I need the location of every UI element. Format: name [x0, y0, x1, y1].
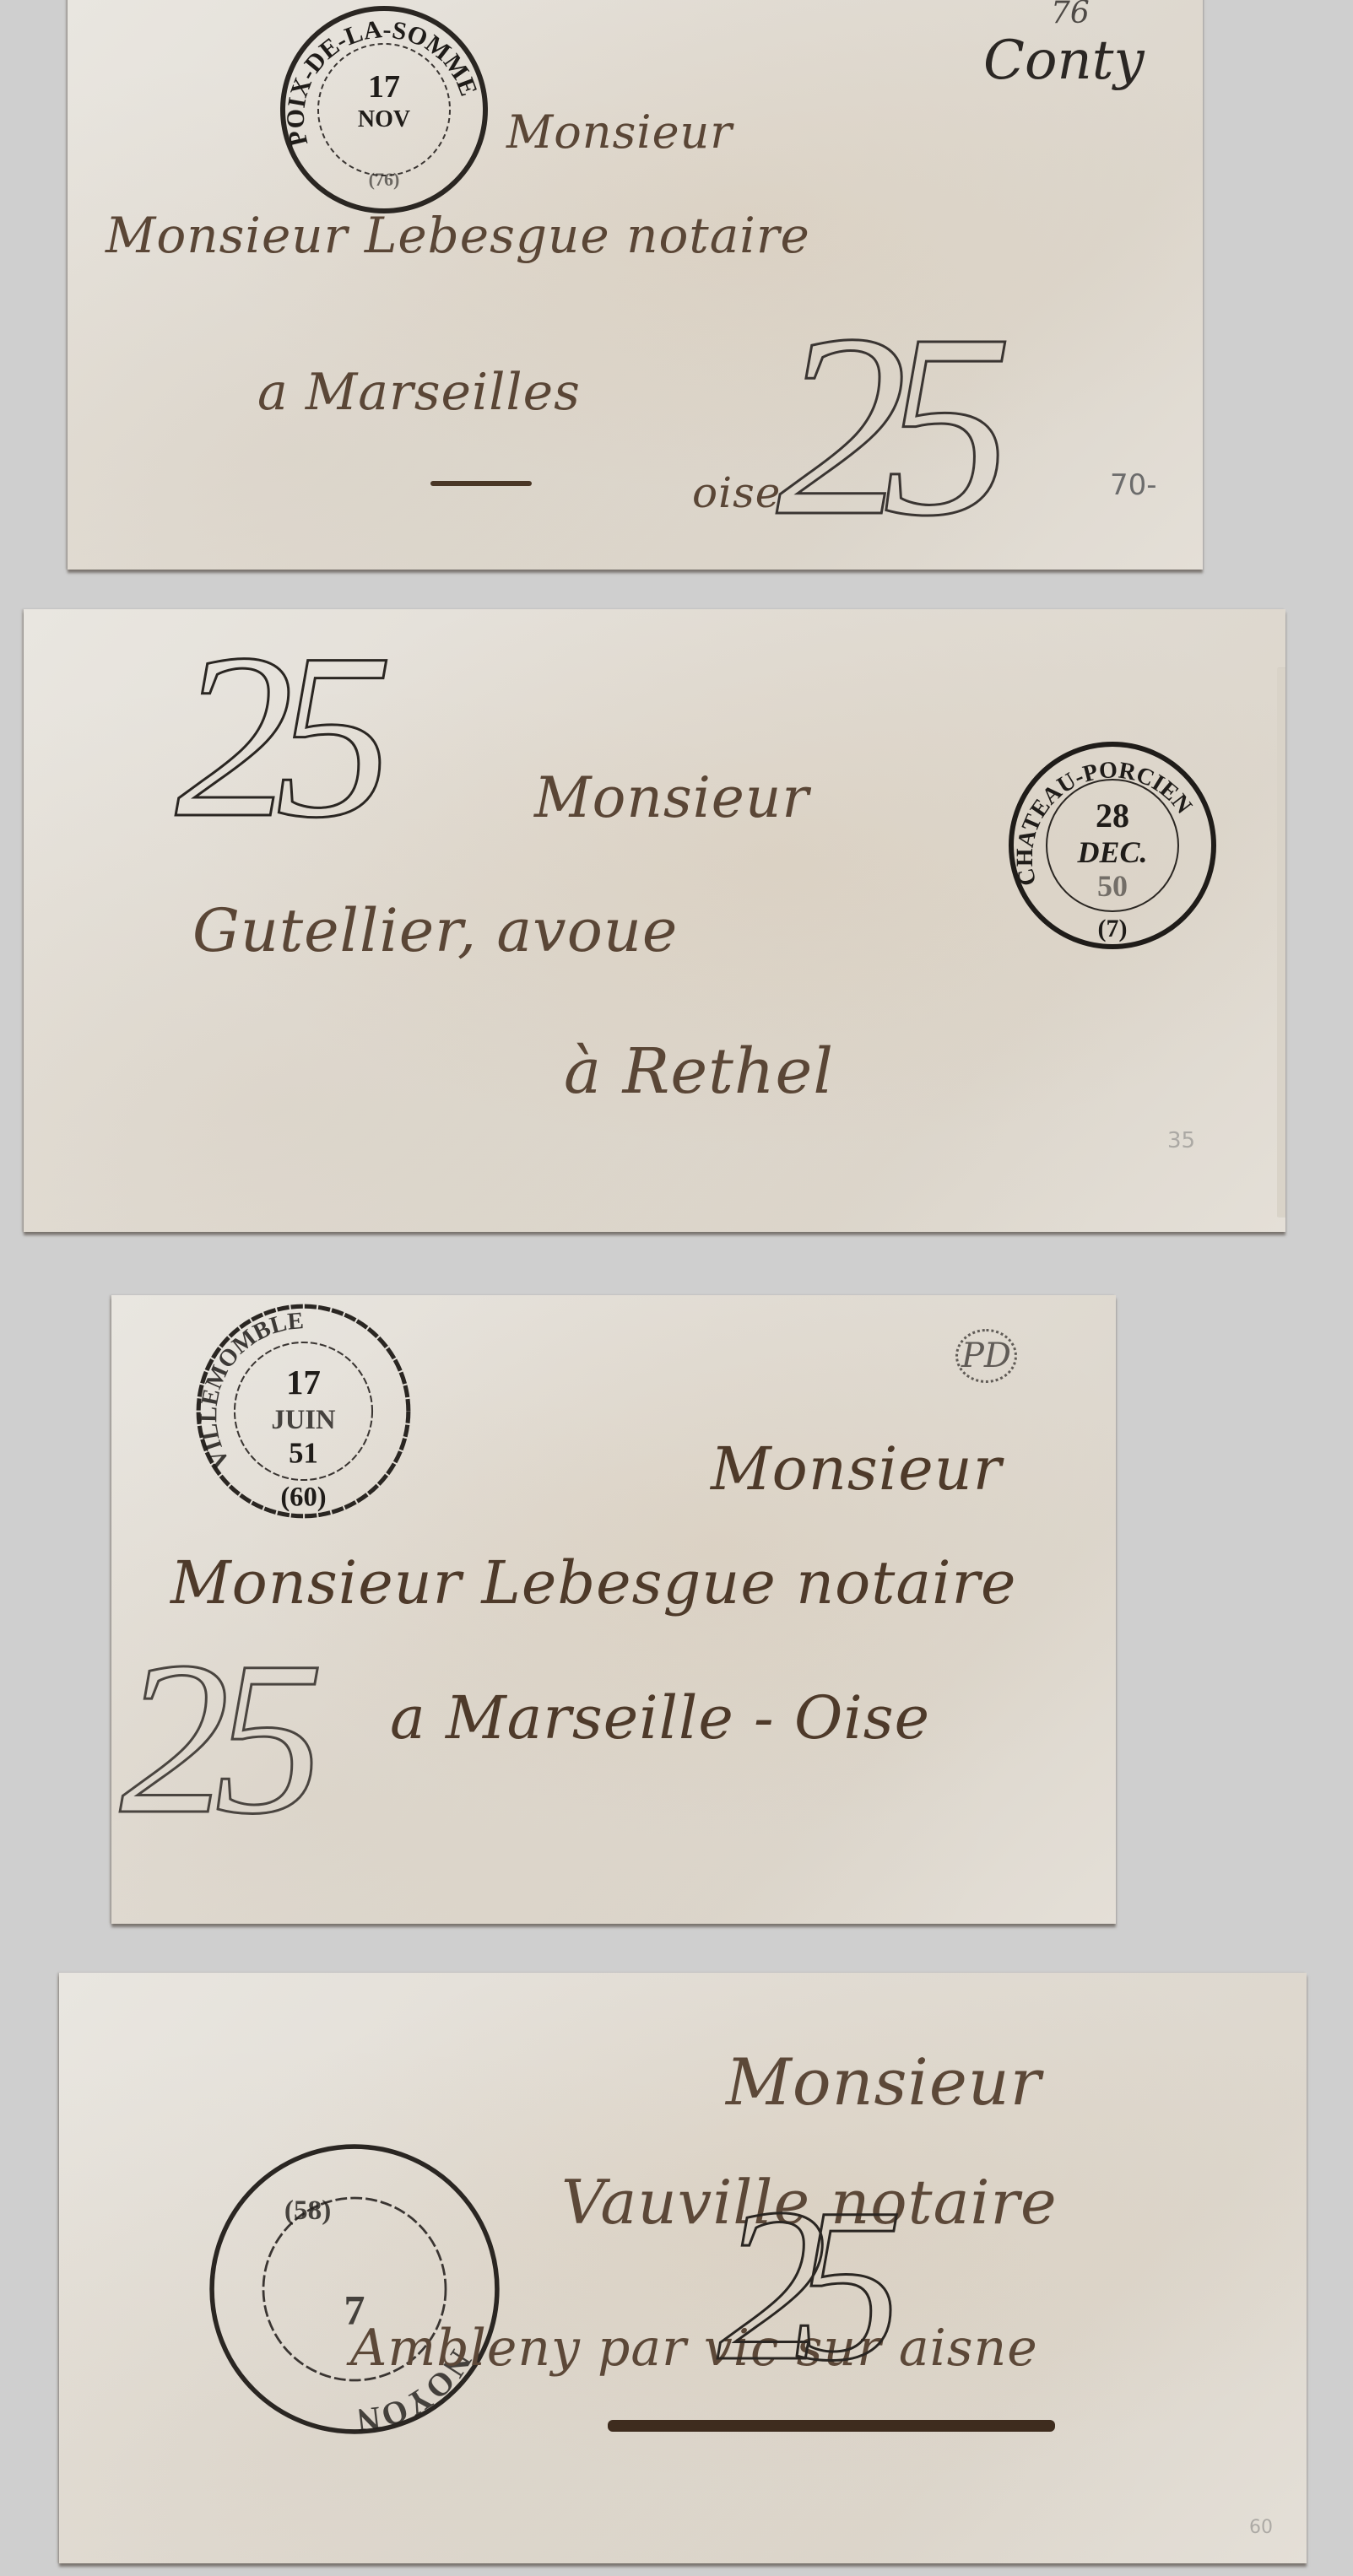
postmark-month: DEC.: [1076, 835, 1147, 869]
postmark-poix-de-la-somme: POIX-DE-LA-SOMME 17 NOV (76): [274, 0, 494, 219]
address-town: a Marseille - Oise: [390, 1683, 930, 1752]
rate-mark-25: 25: [717, 2175, 869, 2395]
address-town: a Marseilles: [257, 363, 581, 422]
postmark-dept: (76): [369, 169, 400, 190]
postmark-year: 51: [289, 1438, 318, 1470]
address-recipient: Monsieur Lebesgue notaire: [106, 207, 810, 264]
address-salutation: Monsieur: [506, 105, 733, 159]
address-salutation: Monsieur: [711, 1434, 1002, 1504]
rate-mark-25: 25: [120, 1628, 309, 1848]
letter-1-cover: POIX-DE-LA-SOMME 17 NOV (76) 76 Conty Mo…: [68, 0, 1203, 570]
postmark-dept: (58): [284, 2195, 331, 2226]
boxed-mark-pd: PD: [955, 1329, 1017, 1383]
address-recipient: Gutellier, avoue: [192, 896, 678, 965]
letter-4-cover: NOYON (58) 7 Monsieur Vauville notaire A…: [59, 1973, 1307, 2563]
postmark-dept: (7): [1098, 915, 1128, 942]
address-underline: [430, 481, 532, 486]
address-salutation: Monsieur: [534, 765, 809, 830]
postmark-villemomble: VILLEMOMBLE 17 JUIN 51 (60): [192, 1299, 415, 1523]
address-department: oise: [692, 468, 781, 517]
postmark-month: NOV: [358, 106, 410, 132]
rate-mark-25: 25: [176, 618, 375, 854]
letter-3-cover: VILLEMOMBLE 17 JUIN 51 (60) PD Monsieur …: [111, 1295, 1116, 1924]
rate-mark-25: 25: [777, 295, 988, 557]
fold-edge: [1277, 668, 1285, 1217]
address-town: Ambleny par vic sur aisne: [350, 2319, 1038, 2378]
pencil-note: 70-: [1110, 468, 1157, 502]
letter-2-cover: 25 Monsieur Gutellier, avoue à Rethel CH…: [24, 609, 1285, 1232]
pencil-note: 35: [1167, 1128, 1195, 1153]
address-town: à Rethel: [564, 1035, 834, 1108]
address-recipient: Monsieur Lebesgue notaire: [170, 1548, 1016, 1617]
postmark-year: 50: [1097, 869, 1128, 903]
pencil-note: 60: [1249, 2517, 1273, 2538]
address-underline: [608, 2420, 1055, 2432]
postmark-dept: (60): [280, 1482, 326, 1513]
town-mark-number: 76: [1051, 0, 1090, 30]
postmark-month: JUIN: [271, 1405, 336, 1435]
postmark-day: 17: [368, 69, 400, 105]
postmark-noyon: NOYON (58) 7: [203, 2137, 506, 2441]
postmark-day: 28: [1096, 797, 1129, 834]
postmark-day: 17: [286, 1364, 321, 1401]
postmark-chateau-porcien: CHATEAU-PORCIEN 28 DEC. 50 (7): [1003, 736, 1222, 955]
town-mark-conty: Conty: [983, 30, 1145, 92]
address-salutation: Monsieur: [726, 2044, 1042, 2120]
